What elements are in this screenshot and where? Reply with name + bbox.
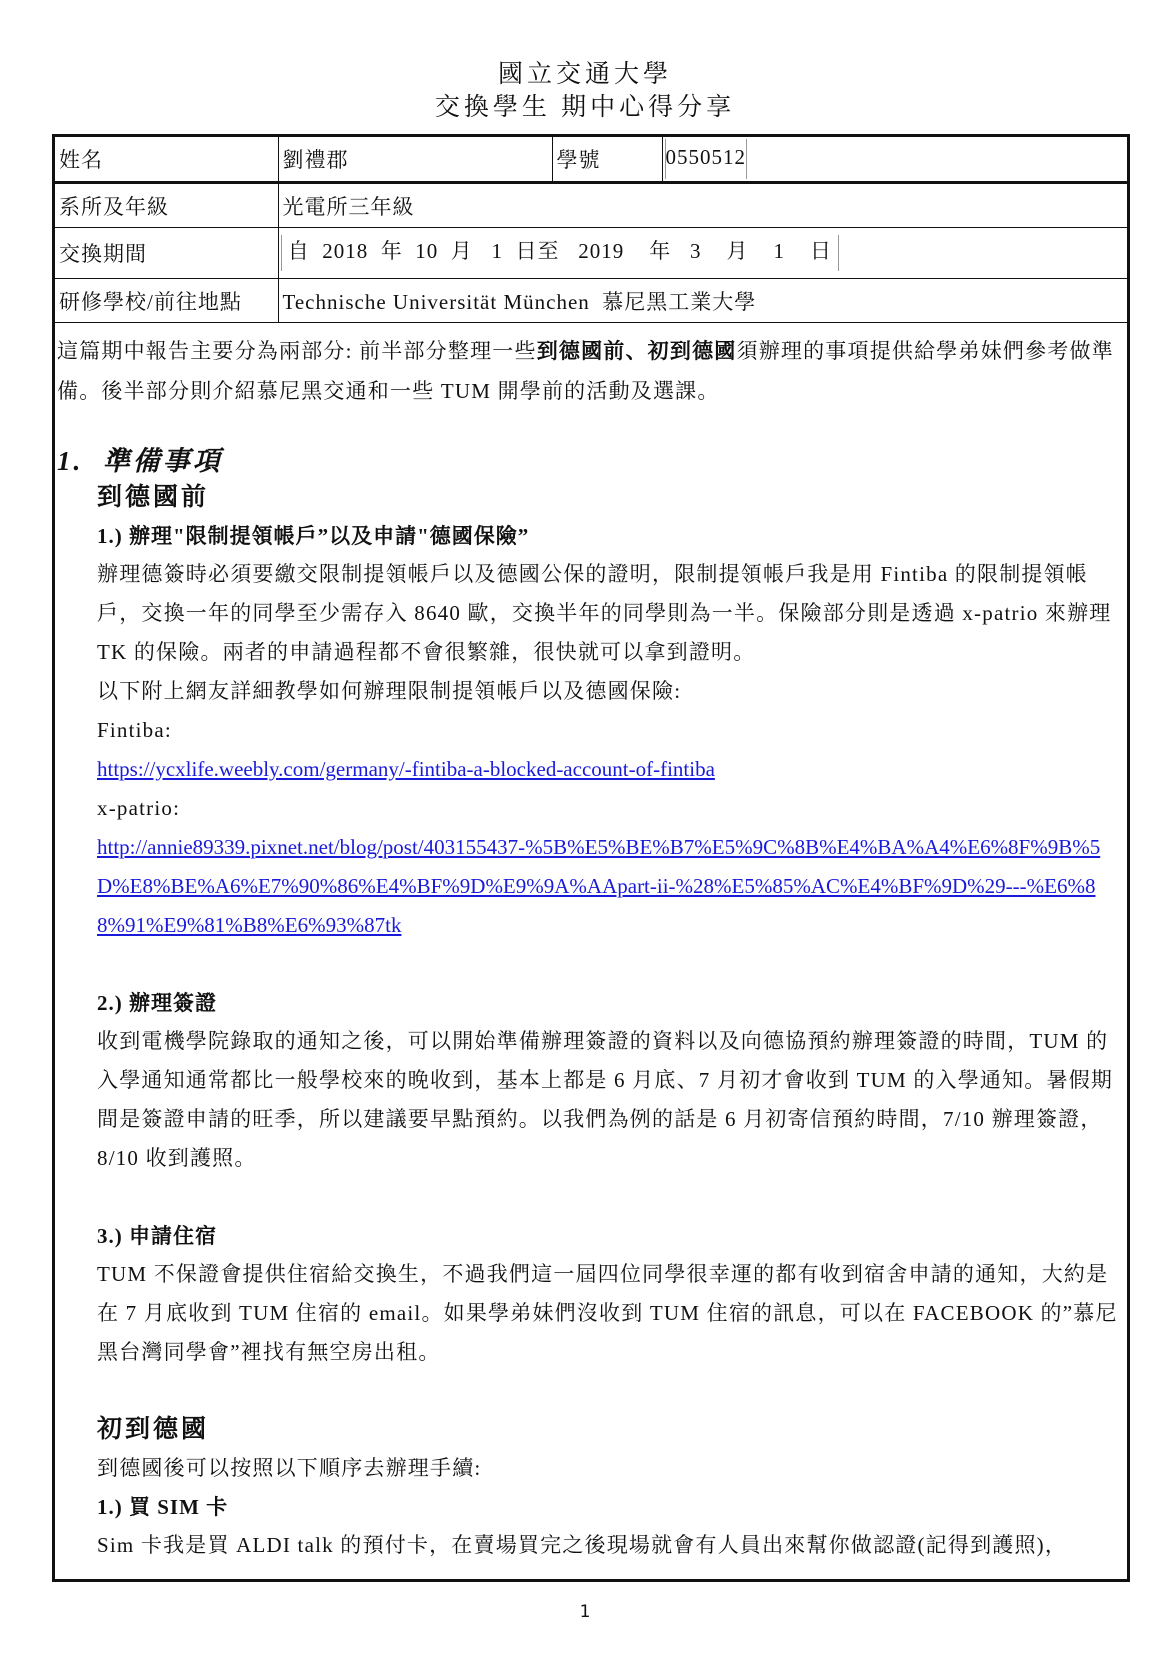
item-heading-housing: 3.) 申請住宿 xyxy=(55,1217,1127,1255)
start-month: 10 xyxy=(415,239,438,263)
department-value: 光電所三年級 xyxy=(278,183,1127,228)
fintiba-link[interactable]: https://ycxlife.weebly.com/germany/-fint… xyxy=(55,750,1127,789)
student-id-label: 學號 xyxy=(552,137,662,183)
end-year: 2019 xyxy=(578,239,624,263)
item-heading-visa: 2.) 辦理簽證 xyxy=(55,984,1127,1022)
subsection-heading-before-germany: 到德國前 xyxy=(55,479,1127,517)
cell-divider xyxy=(838,235,839,271)
school-value: Technische Universität München 慕尼黑工業大學 xyxy=(278,279,1127,323)
document-title: 國立交通大學 交換學生 期中心得分享 xyxy=(0,58,1170,124)
report-frame: 姓名 劉禮郡 學號 0550512 系所及年級 光電所三年級 交換期間 自 20… xyxy=(52,134,1130,1582)
paragraph-sim-card: Sim 卡我是買 ALDI talk 的預付卡，在賣場買完之後現場就會有人員出來… xyxy=(55,1526,1127,1565)
student-id-value: 0550512 xyxy=(666,145,747,169)
start-day: 1 xyxy=(492,239,504,263)
end-month: 3 xyxy=(690,239,702,263)
spacer xyxy=(55,945,1127,984)
name-value: 劉禮郡 xyxy=(278,137,552,183)
paragraph-visa: 收到電機學院錄取的通知之後，可以開始準備辦理簽證的資料以及向德協預約辦理簽證的時… xyxy=(55,1022,1127,1178)
paragraph-housing: TUM 不保證會提供住宿給交換生，不過我們這一屆四位同學很幸運的都有收到宿舍申請… xyxy=(55,1255,1127,1372)
student-id-cell: 0550512 xyxy=(662,137,1127,183)
table-row: 研修學校/前往地點 Technische Universität München… xyxy=(55,279,1127,323)
xpatrio-link[interactable]: http://annie89339.pixnet.net/blog/post/4… xyxy=(55,828,1127,945)
arrival-intro: 到德國後可以按照以下順序去辦理手續: xyxy=(55,1449,1127,1488)
spacer xyxy=(55,1372,1127,1411)
section-heading-preparation: 1. 準備事項 xyxy=(55,443,1127,479)
paragraph-blocked-account: 辦理德簽時必須要繳交限制提領帳戶以及德國公保的證明，限制提領帳戶我是用 Fint… xyxy=(55,555,1127,672)
cell-divider xyxy=(281,235,282,271)
department-label: 系所及年級 xyxy=(55,183,278,228)
item-heading-sim-card: 1.) 買 SIM 卡 xyxy=(55,1488,1127,1526)
subsection-heading-arrival: 初到德國 xyxy=(55,1411,1127,1449)
school-label: 研修學校/前往地點 xyxy=(55,279,278,323)
report-body: 這篇期中報告主要分為兩部分: 前半部分整理一些到德國前、初到德國須辦理的事項提供… xyxy=(55,322,1127,1565)
spacer xyxy=(55,1178,1127,1217)
table-row: 系所及年級 光電所三年級 xyxy=(55,183,1127,228)
start-year: 2018 xyxy=(322,239,368,263)
links-intro: 以下附上網友詳細教學如何辦理限制提領帳戶以及德國保險: xyxy=(55,672,1127,711)
report-title: 交換學生 期中心得分享 xyxy=(0,91,1170,124)
end-day: 1 xyxy=(774,239,786,263)
xpatrio-label: x-patrio: xyxy=(55,789,1127,828)
student-info-table: 姓名 劉禮郡 學號 0550512 系所及年級 光電所三年級 交換期間 自 20… xyxy=(55,137,1127,323)
intro-paragraph: 這篇期中報告主要分為兩部分: 前半部分整理一些到德國前、初到德國須辦理的事項提供… xyxy=(55,323,1127,411)
table-row: 姓名 劉禮郡 學號 0550512 xyxy=(55,137,1127,183)
period-label: 交換期間 xyxy=(55,228,278,279)
cell-divider xyxy=(746,139,747,179)
period-value: 自 2018 年 10 月 1 日至 2019 年 3 月 1 日 xyxy=(278,228,1127,279)
university-name: 國立交通大學 xyxy=(0,58,1170,91)
table-row: 交換期間 自 2018 年 10 月 1 日至 2019 年 3 月 1 日 xyxy=(55,228,1127,279)
name-label: 姓名 xyxy=(55,137,278,183)
fintiba-label: Fintiba: xyxy=(55,711,1127,750)
item-heading-blocked-account: 1.) 辦理"限制提領帳戶”以及申請"德國保險” xyxy=(55,517,1127,555)
intro-emphasis: 到德國前、初到德國 xyxy=(537,339,737,363)
page-number: 1 xyxy=(0,1602,1170,1622)
